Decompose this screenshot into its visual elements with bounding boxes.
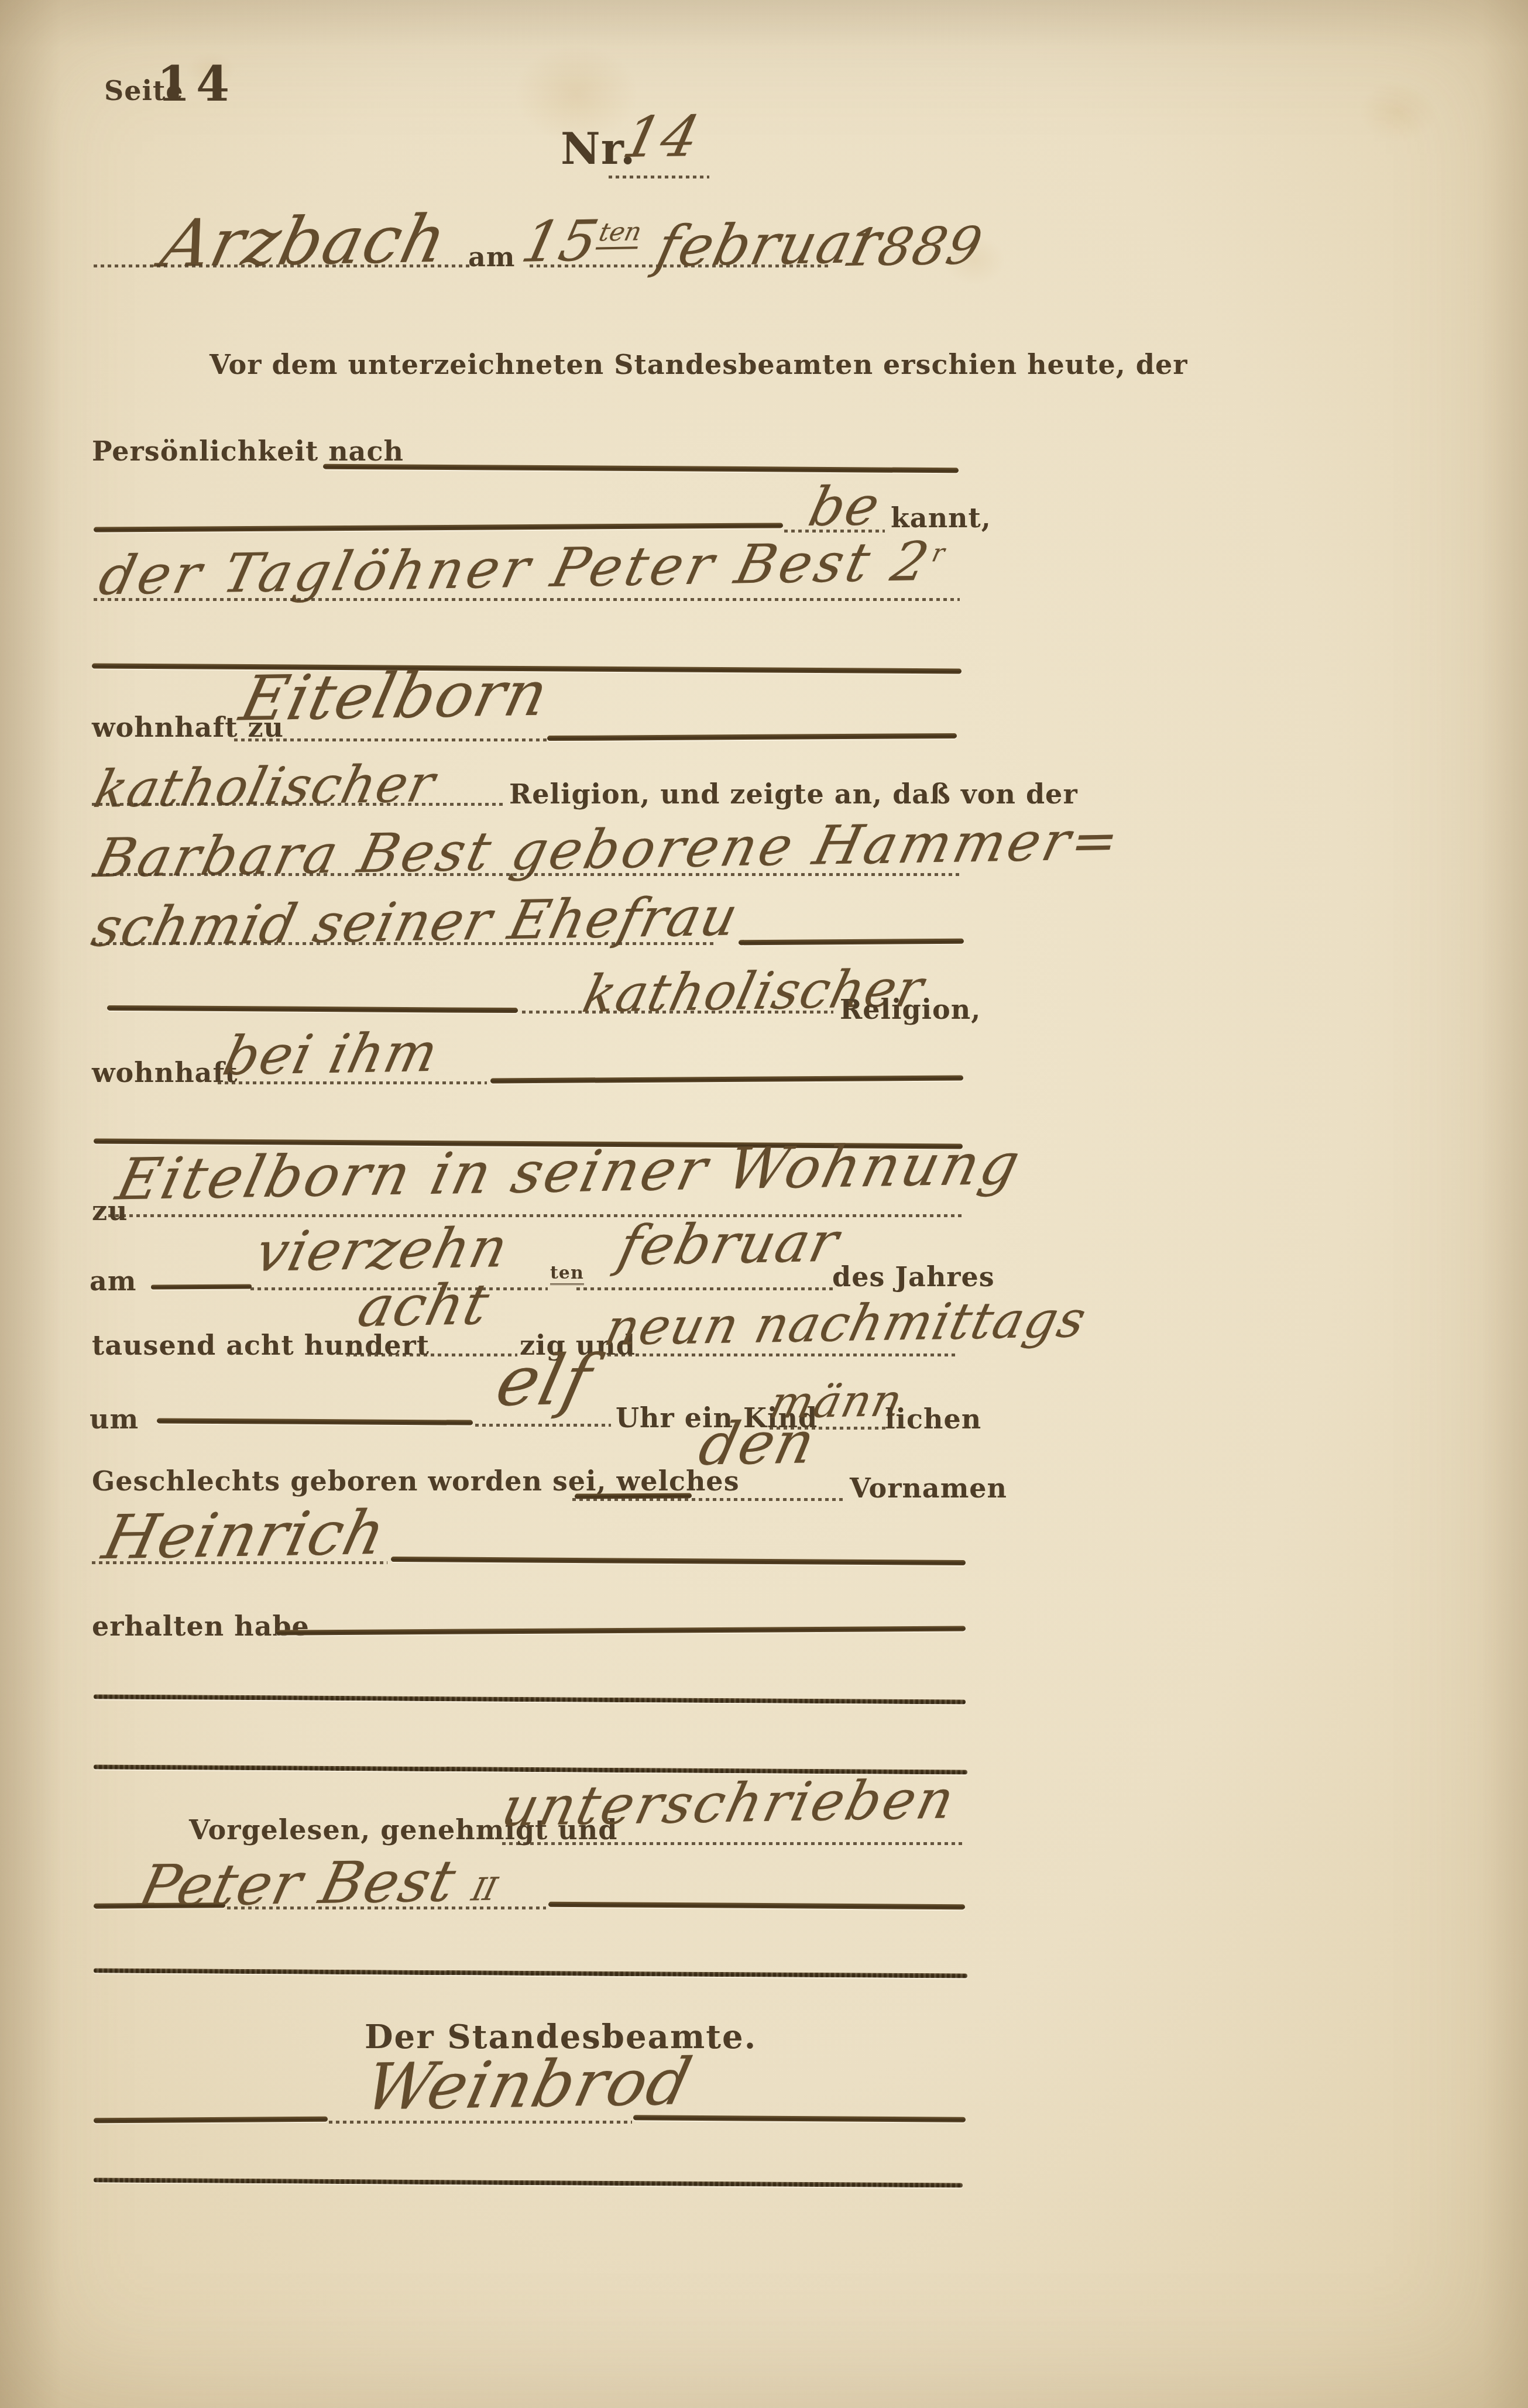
religion2-print: Religion,	[840, 994, 981, 1025]
wohnhaft-hand: bei ihm	[218, 1021, 445, 1087]
first-name-dot-line	[92, 1561, 387, 1564]
blank-rule-3	[94, 1968, 967, 1978]
erhalten-label: erhalten habe	[92, 1610, 310, 1642]
residence-fill-line	[547, 733, 957, 741]
den-hand: den	[693, 1408, 823, 1478]
registrar-fill-right	[633, 2115, 966, 2122]
decade-line	[346, 1354, 517, 1356]
bottom-rule	[94, 2177, 963, 2187]
first-name-fill-line	[391, 1557, 966, 1565]
birth-month-line	[576, 1287, 834, 1290]
signature-fill-left	[94, 1902, 225, 1908]
record-number-line	[609, 176, 709, 178]
declarant-signature-mark: II	[468, 1871, 499, 1908]
mother-line2: schmid seiner Ehefrau	[86, 885, 744, 959]
signature-dot-line	[227, 1907, 546, 1909]
erhalten-fill-line	[276, 1626, 966, 1635]
den-dot-line	[572, 1498, 843, 1501]
hour-dot-line	[475, 1424, 611, 1427]
declarant-line	[94, 598, 960, 601]
registrar-signature: Weinbrod	[358, 2044, 699, 2125]
signature-fill-right	[548, 1902, 965, 1909]
birth-day-suffix: ten	[550, 1263, 584, 1285]
registrar-fill-left	[94, 2117, 328, 2123]
identity-fill-line	[323, 464, 959, 473]
vornamen-label: Vornamen	[850, 1472, 1007, 1504]
identity-label: Persönlichkeit nach	[92, 435, 404, 467]
mother-line1: Barbara Best geborene Hammer=	[89, 809, 1128, 889]
page-number: 14	[157, 56, 235, 112]
mother-line2-fill	[739, 939, 964, 945]
year-tail-line	[607, 1354, 959, 1356]
date-day-suffix: ten	[596, 217, 645, 249]
religion1-print: Religion, und zeigte an, daß von der	[509, 778, 1078, 810]
am-label: am	[468, 241, 515, 273]
mother-line1-rule	[92, 873, 963, 876]
registrar-dot-line	[329, 2121, 632, 2124]
blank-rule-1	[94, 1694, 966, 1704]
lichen-label: lichen	[885, 1403, 981, 1435]
year-tail-hand: neun nachmittags	[600, 1290, 1093, 1357]
bekannt-fill-line	[94, 523, 783, 532]
wohnhaft-dot-line	[218, 1081, 487, 1084]
register-page: Seite 14 Nr. 14 Arzbach am 15ten februar…	[0, 0, 1528, 2408]
unterschrieben-line	[502, 1842, 963, 1845]
declarant-name: der Taglöhner Peter Best 2r	[94, 530, 950, 607]
wohnhaft-fill-line	[490, 1076, 963, 1084]
residence-dot-line	[234, 738, 547, 741]
declarant-text: der Taglöhner Peter Best 2	[94, 530, 938, 607]
bekannt-print: kannt,	[891, 502, 991, 534]
wohnhaft-label: wohnhaft	[92, 1057, 238, 1088]
birth-am-label: am	[90, 1265, 136, 1297]
religion1-dot-line	[92, 803, 504, 806]
birth-day-strike	[151, 1284, 252, 1289]
intro-line: Vor dem unterzeichneten Standesbeamten e…	[210, 349, 954, 380]
record-number-value: 14	[617, 104, 707, 170]
unterschrieben-hand: unterschrieben	[496, 1768, 962, 1838]
religion2-fill	[107, 1005, 518, 1013]
place-line	[94, 264, 471, 267]
birth-month-hand: februar	[613, 1211, 846, 1278]
decade-hand: acht	[352, 1272, 496, 1339]
mother-line2-rule	[92, 942, 713, 945]
religion1-hand: katholischer	[89, 753, 442, 819]
hour-hand: elf	[489, 1339, 600, 1422]
bekannt-hand: be	[803, 475, 887, 538]
hour-strike	[157, 1418, 473, 1425]
place-name: Arzbach	[154, 201, 455, 282]
residence-value: Eitelborn	[234, 657, 556, 734]
date-year: 1889	[839, 215, 989, 278]
geschlechts-label: Geschlechts geboren worden sei, welches	[92, 1465, 740, 1497]
des-jahres-label: des Jahres	[832, 1261, 995, 1293]
um-label: um	[90, 1403, 139, 1435]
